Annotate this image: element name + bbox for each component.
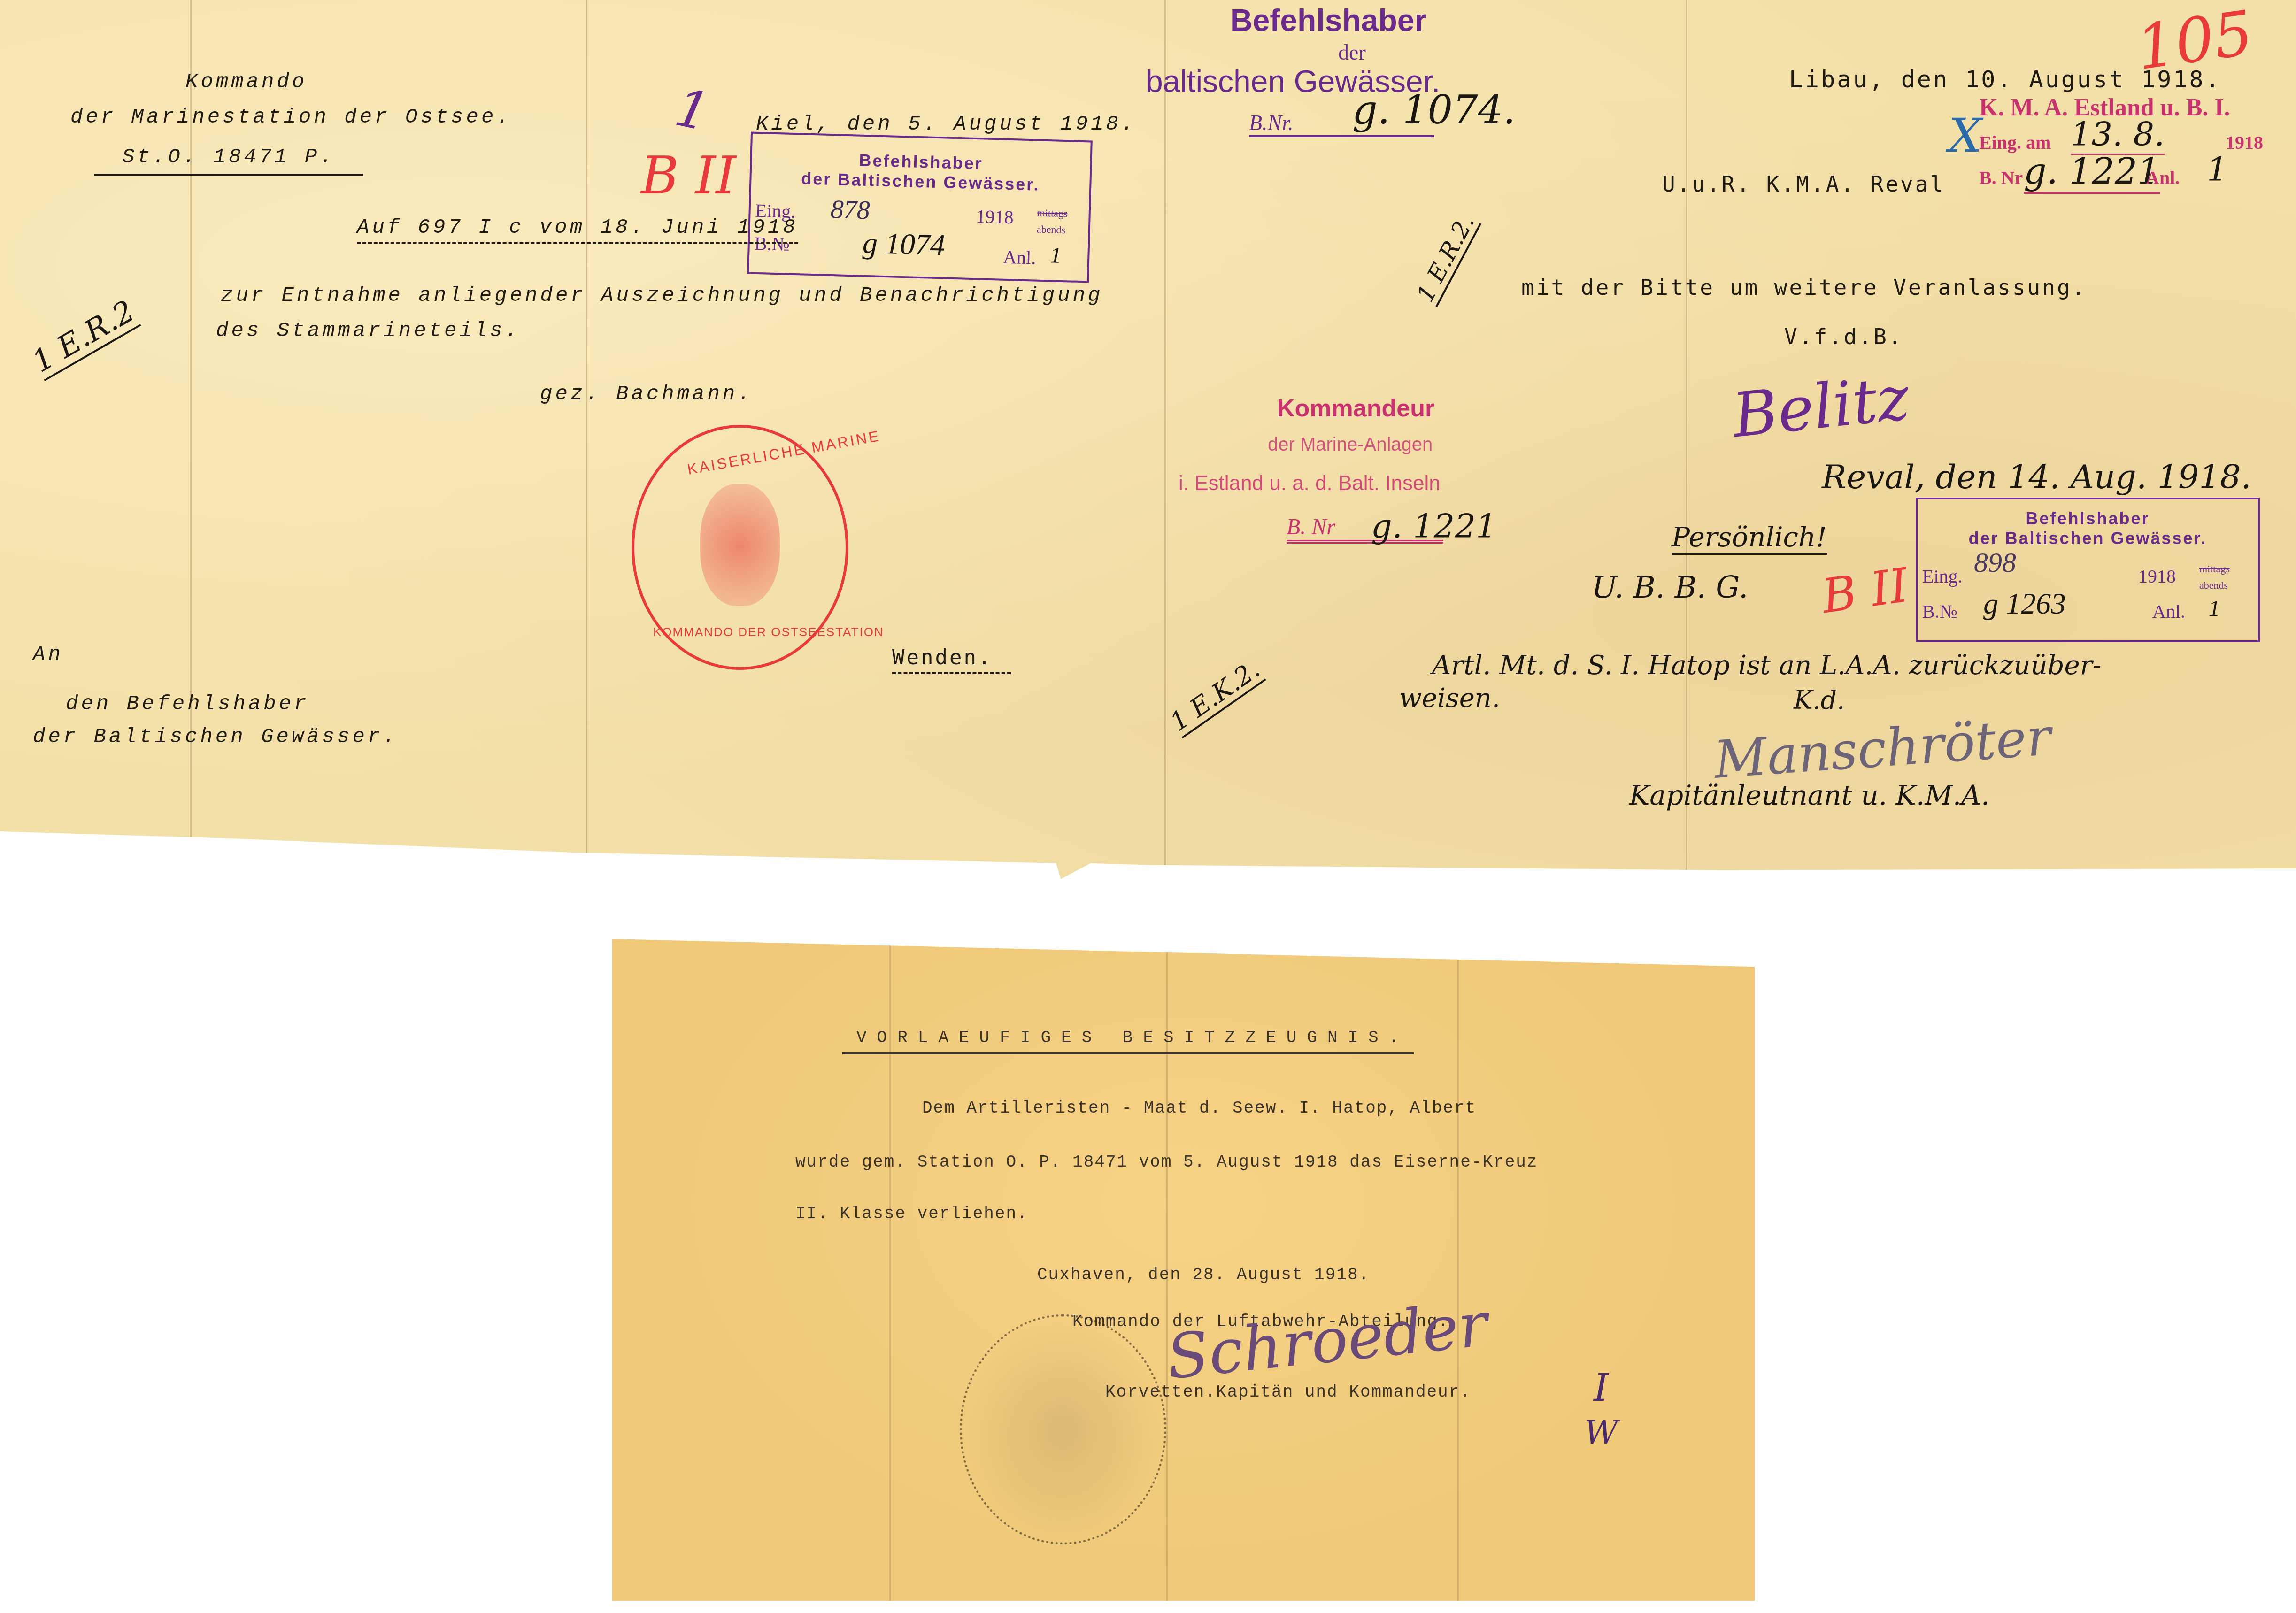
stamp2-line2: der Baltischen Gewässer. (1918, 529, 2258, 548)
stamp-bnr-value: g 1074 (862, 226, 946, 263)
eagle-emblem-icon (700, 484, 780, 606)
sender-line1: Kommando (185, 70, 307, 94)
sender-line3: St.O. 18471 P. (94, 146, 363, 176)
stamp2-year: 1918 (2138, 565, 2176, 587)
seal-text-bottom: KOMMANDO DER OSTSEESTATION (653, 625, 884, 639)
kma-anl-label: Anl. (2146, 167, 2180, 189)
kma-bnr-label: B. Nr (1979, 167, 2023, 189)
kommandeur-stamp-line3: i. Estland u. a. d. Balt. Inseln (1179, 472, 1441, 495)
kma-anl-value: 1 (2207, 150, 2228, 189)
letterhead-line2: der (1338, 40, 1366, 65)
signed-by: gez. Bachmann. (540, 383, 753, 406)
kommandeur-stamp-line1: Kommandeur (1277, 394, 1434, 422)
stamp-anl-label: Anl. (1003, 246, 1036, 269)
reval-body-line2: weisen. (1399, 683, 1500, 714)
stamp-time-midday: mittags (1037, 207, 1067, 220)
kommandeur-bnr-value: g. 1221 (1371, 507, 1496, 545)
addressee-label: An (33, 643, 63, 667)
stamp2-anl-value: 1 (2209, 596, 2220, 622)
letterhead-line1: Befehlshaber (1230, 2, 1426, 38)
stamp2-time-evening: abends (2199, 579, 2228, 591)
blue-cross-mark: X (1949, 108, 1982, 163)
reference-line: Auf 697 I c vom 18. Juni 1918 (357, 216, 798, 244)
reval-place-date: Reval, den 14. Aug. 1918. (1822, 458, 2251, 496)
imperial-navy-seal: KAISERLICHE MARINE KOMMANDO DER OSTSEEST… (632, 425, 848, 670)
stamp-anl-value: 1 (1050, 242, 1062, 269)
stamp2-anl-label: Anl. (2152, 600, 2185, 622)
certificate-rank: Korvetten.Kapitän und Kommandeur. (1105, 1383, 1471, 1402)
stamp-year: 1918 (976, 205, 1014, 228)
margin-mark-1: I (1594, 1366, 1609, 1410)
reval-body-line1: Artl. Mt. d. S. I. Hatop ist an L.A.A. z… (1432, 650, 2101, 681)
libau-abbrev: V.f.d.B. (1784, 324, 1903, 349)
certificate-title: VORLAEUFIGES BESITZZEUGNIS. (842, 1028, 1414, 1054)
kma-bnr-value: g. 1221 (2024, 150, 2160, 194)
addressee-line1: den Befehlshaber (66, 692, 309, 716)
certificate-signature: Schroeder (1163, 1289, 1491, 1393)
kma-eing-value: 13. 8. (2071, 115, 2165, 155)
libau-forward-to: U.u.R. K.M.A. Reval (1662, 171, 1945, 197)
reval-rank: Kapitänleutnant u. K.M.A. (1629, 779, 1990, 811)
certificate-line1: Dem Artilleristen - Maat d. Seew. I. Hat… (922, 1098, 1476, 1118)
fold-line (1164, 0, 1166, 883)
stamp2-line1: Befehlshaber (1918, 509, 2258, 529)
receipt-stamp: Befehlshaber der Baltischen Gewässer. Ei… (747, 132, 1093, 283)
letter-place-date: Kiel, den 5. August 1918. (756, 113, 1136, 136)
margin-mark-2: W (1584, 1413, 1618, 1452)
reval-abbrev: K.d. (1794, 685, 1845, 715)
stamp2-bnr-label: B.№ (1922, 600, 1957, 622)
certificate-line3: II. Klasse verliehen. (795, 1204, 1028, 1223)
letterhead-bnr-value: g. 1074. (1352, 87, 1516, 133)
certificate-line2: wurde gem. Station O. P. 18471 vom 5. Au… (795, 1152, 1538, 1172)
certificate-card: VORLAEUFIGES BESITZZEUGNIS. Dem Artiller… (612, 939, 1755, 1601)
stamp2-eing-value: 898 (1974, 546, 2016, 579)
kommandeur-stamp-line2: der Marine-Anlagen (1268, 434, 1433, 455)
navy-seal-faint (960, 1314, 1166, 1544)
destination: Wenden. (892, 645, 1011, 674)
fold-line (1686, 0, 1687, 883)
fold-line (586, 0, 587, 883)
stamp2-bnr-value: g 1263 (1983, 586, 2066, 621)
body-line1: zur Entnahme anliegender Auszeichnung un… (221, 284, 1103, 307)
sender-line2: der Marinestation der Ostsee. (70, 106, 512, 129)
libau-body: mit der Bitte um weitere Veranlassung. (1521, 275, 2087, 300)
stamp-eing-value: 878 (830, 194, 871, 225)
fold-line (1457, 939, 1459, 1601)
fold-line (190, 0, 192, 883)
body-line2: des Stammarineteils. (216, 319, 520, 343)
kma-year: 1918 (2226, 131, 2263, 154)
reval-personal: Persönlich! (1672, 521, 1827, 555)
stamp-time-evening: abends (1037, 223, 1066, 237)
stamp2-eing-label: Eing. (1922, 565, 1963, 587)
addressee-line2: der Baltischen Gewässer. (33, 725, 398, 749)
certificate-place-date: Cuxhaven, den 28. August 1918. (1037, 1265, 1370, 1284)
stamp2-time-midday: mittags (2199, 563, 2230, 575)
reval-forward: U. B. B. G. (1592, 570, 1748, 605)
receipt-stamp-2: Befehlshaber der Baltischen Gewässer. Ei… (1916, 498, 2260, 642)
red-routing-mark: B II (641, 146, 736, 206)
